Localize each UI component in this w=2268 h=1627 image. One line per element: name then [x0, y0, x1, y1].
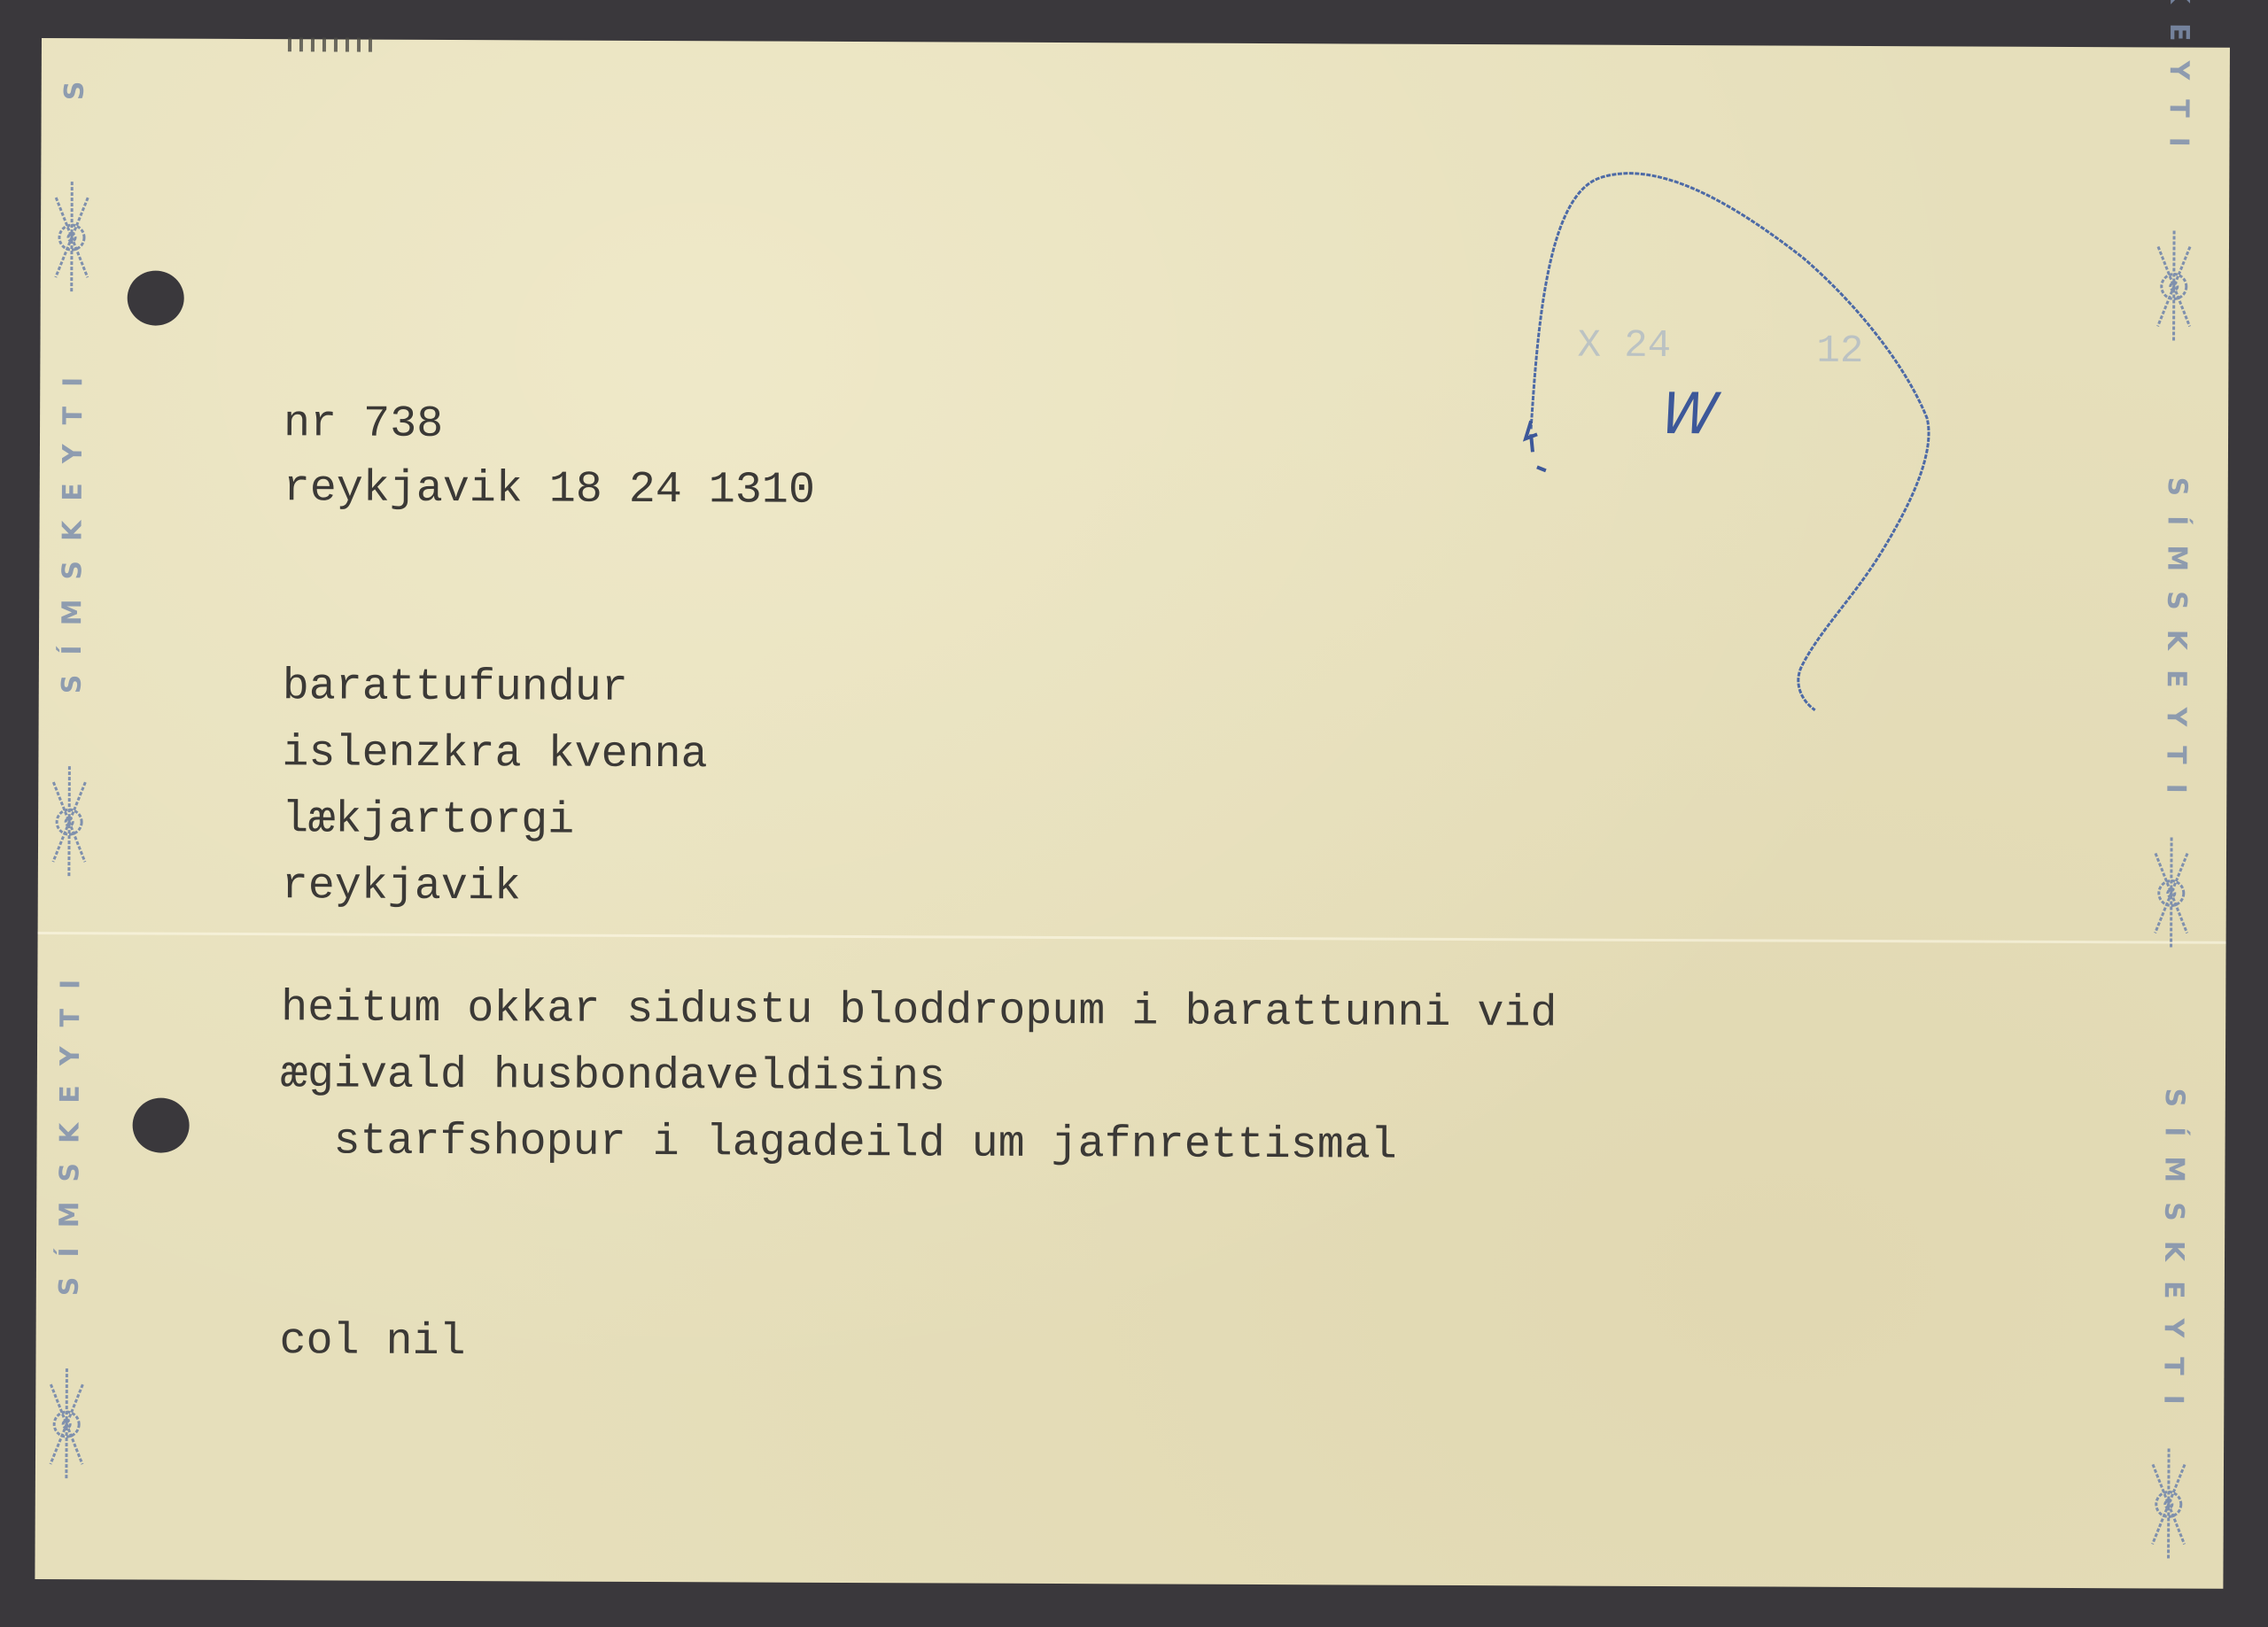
telegram-origin-line: reykjavik 18 24 1310: [283, 467, 815, 514]
message-signature-line: starfshopur i lagadeild um jafnrettismal: [280, 1120, 1396, 1168]
message-line: ægivald husbondaveldisins: [281, 1053, 945, 1100]
flourish-ornament-icon: [43, 764, 97, 879]
flourish-ornament-icon: [40, 1367, 94, 1482]
recipient-line: barattufundur: [283, 665, 628, 711]
punch-hole-top: [128, 270, 184, 325]
recipient-line: reykjavik: [282, 864, 521, 910]
margin-letterhead-left-2: SÍMSKEYTI: [54, 960, 87, 1296]
margin-letterhead-right-top-partial: SÍMSKEYTI: [2163, 0, 2195, 167]
margin-letterhead-left-top-partial: S: [59, 61, 90, 100]
flourish-ornament-icon: [2148, 229, 2202, 344]
fold-line: [38, 932, 2226, 944]
tally-marks: [288, 37, 394, 56]
receipt-stamp-date: X 24: [1577, 324, 1671, 368]
recipient-line: lækjartorgi: [282, 798, 574, 843]
margin-letterhead-right-1: SÍMSKEYTI: [2160, 476, 2193, 812]
handwritten-initial: W: [1658, 382, 1720, 447]
margin-letterhead-left-1: SÍMSKEYTI: [57, 358, 89, 693]
telegram-number: nr 738: [283, 402, 443, 447]
telegram-footer: col nil: [279, 1320, 465, 1365]
margin-letterhead-right-2: SÍMSKEYTI: [2157, 1088, 2190, 1423]
message-line: heitum okkar sidustu bloddropum i baratt…: [281, 987, 1557, 1036]
recipient-line: islenzkra kvenna: [282, 732, 707, 778]
flourish-ornament-icon: [2142, 1446, 2196, 1561]
flourish-ornament-icon: [45, 180, 99, 295]
telegram-paper: S SÍMSKEYTI SÍMSKEYTI SÍMSKEYTI SÍMSKEYT…: [35, 38, 2230, 1589]
flourish-ornament-icon: [2145, 835, 2199, 950]
punch-hole-bottom: [133, 1097, 190, 1152]
receipt-stamp-time: 12: [1816, 329, 1863, 374]
